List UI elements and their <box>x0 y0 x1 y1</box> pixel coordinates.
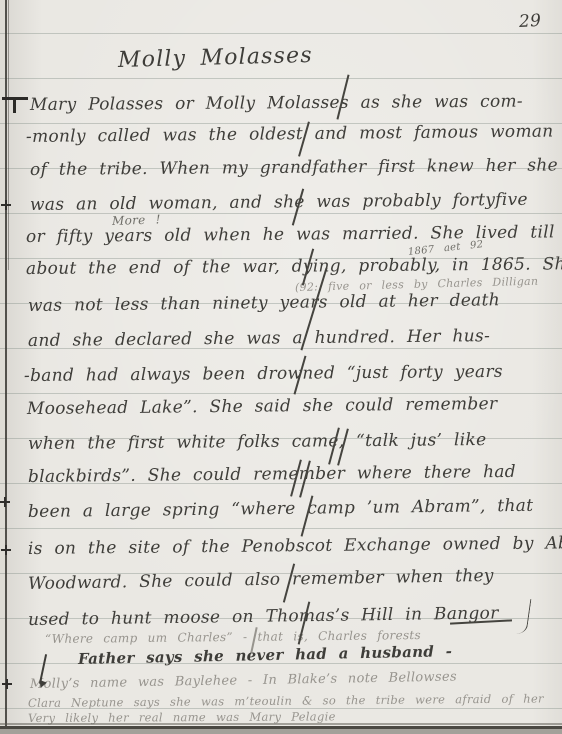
manuscript-line: and she declared she was a hundred. Her … <box>28 326 490 351</box>
page-number: 29 <box>518 11 541 32</box>
margin-cross-mark <box>2 679 12 689</box>
margin-cross-mark <box>0 497 10 507</box>
marginal-note: Molly’s name was Baylehee - In Blake’s n… <box>30 670 457 692</box>
margin-gutter-line <box>5 0 7 734</box>
manuscript-line: of the tribe. When my grandfather first … <box>30 155 558 180</box>
margin-cross-mark <box>1 545 11 555</box>
manuscript-line: -monly called was the oldest and most fa… <box>26 121 554 147</box>
margin-cross-mark <box>1 200 11 210</box>
manuscript-line: Moosehead Lake”. She said she could reme… <box>27 394 498 419</box>
page-bottom-edge <box>0 723 562 725</box>
marginal-note: Father says she never had a husband - <box>78 642 453 668</box>
manuscript-line: Woodward. She could also remember when t… <box>28 566 494 594</box>
page-title: Molly Molasses <box>118 43 313 73</box>
manuscript-line: when the first white folks came, “talk j… <box>28 430 487 454</box>
manuscript-line: used to hunt moose on Thomas’s Hill in B… <box>28 603 499 630</box>
manuscript-line: was not less than ninety years old at he… <box>28 290 500 316</box>
manuscript-line: Mary Polasses or Molly Molasses as she w… <box>30 92 523 115</box>
marginal-note: Clara Neptune says she was m’teoulin & s… <box>28 691 544 710</box>
manuscript-line: blackbirds”. She could remember where th… <box>28 462 516 487</box>
margin-tack-mark-stem <box>13 99 16 113</box>
margin-gutter-line-2 <box>8 0 9 270</box>
manuscript-line: is on the site of the Penobscot Exchange… <box>28 533 562 559</box>
manuscript-line: was an old woman, and she was probably f… <box>30 190 528 215</box>
manuscript-page: 29 Molly Molasses Mary Polasses or Molly… <box>0 0 562 734</box>
manuscript-line: -band had always been drowned “just fort… <box>24 362 503 386</box>
manuscript-line: been a large spring “where camp ’um Abra… <box>28 496 534 522</box>
page-bottom-shadow <box>0 729 562 734</box>
flourish-curve <box>514 597 532 634</box>
